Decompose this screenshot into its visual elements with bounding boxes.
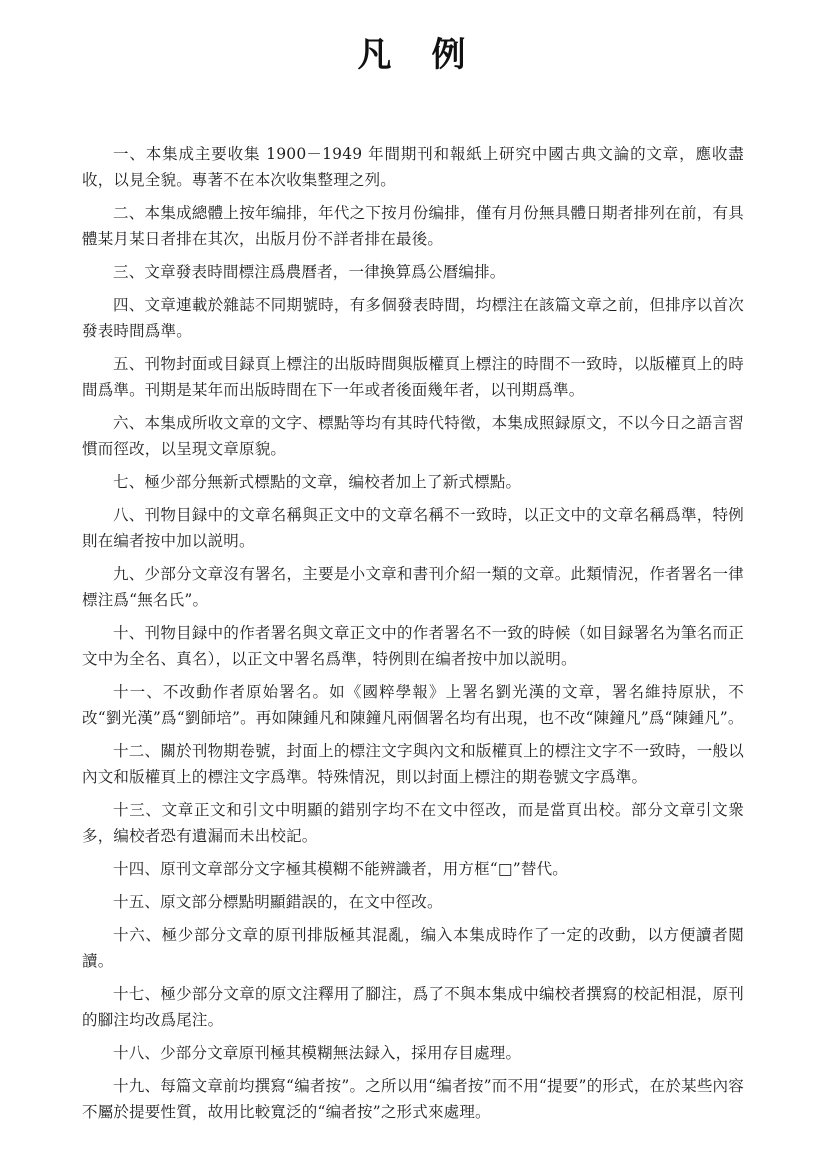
paragraph-15: 十五、原文部分標點明顯錯誤的，在文中徑改。 [82,889,744,915]
paragraph-14: 十四、原刊文章部分文字極其模糊不能辨識者，用方框“□”替代。 [82,856,744,882]
paragraph-9: 九、少部分文章沒有署名，主要是小文章和書刊介紹一類的文章。此類情況，作者署名一律… [82,561,744,613]
document-body: 一、本集成主要收集 1900－1949 年間期刊和報紙上研究中國古典文論的文章，… [82,141,744,1132]
paragraph-1: 一、本集成主要收集 1900－1949 年間期刊和報紙上研究中國古典文論的文章，… [82,141,744,193]
paragraph-6: 六、本集成所收文章的文字、標點等均有其時代特徵，本集成照録原文，不以今日之語言習… [82,410,744,462]
page-title: 凡例 [0,30,823,80]
paragraph-12: 十二、關於刊物期卷號，封面上的標注文字與內文和版權頁上的標注文字不一致時，一般以… [82,738,744,790]
paragraph-2: 二、本集成總體上按年编排，年代之下按月份编排，僅有月份無具體日期者排列在前，有具… [82,200,744,252]
paragraph-3: 三、文章發表時間標注爲農曆者，一律換算爲公曆编排。 [82,259,744,285]
paragraph-17: 十七、極少部分文章的原文注釋用了腳注，爲了不與本集成中编校者撰寫的校記相混，原刊… [82,981,744,1033]
paragraph-19: 十九、每篇文章前均撰寫“编者按”。之所以用“编者按”而不用“提要”的形式，在於某… [82,1073,744,1125]
paragraph-5: 五、刊物封面或目録頁上標注的出版時間與版權頁上標注的時間不一致時，以版權頁上的時… [82,351,744,403]
paragraph-16: 十六、極少部分文章的原刊排版極其混亂，编入本集成時作了一定的改動，以方便讀者閲讀… [82,922,744,974]
paragraph-18: 十八、少部分文章原刊極其模糊無法録入，採用存目處理。 [82,1040,744,1066]
paragraph-8: 八、刊物目録中的文章名稱與正文中的文章名稱不一致時，以正文中的文章名稱爲準，特例… [82,502,744,554]
paragraph-10: 十、刊物目録中的作者署名與文章正文中的作者署名不一致的時候（如目録署名为筆名而正… [82,620,744,672]
paragraph-7: 七、極少部分無新式標點的文章，编校者加上了新式標點。 [82,469,744,495]
paragraph-13: 十三、文章正文和引文中明顯的錯别字均不在文中徑改，而是當頁出校。部分文章引文衆多… [82,797,744,849]
paragraph-4: 四、文章連載於雜誌不同期號時，有多個發表時間，均標注在該篇文章之前，但排序以首次… [82,292,744,344]
document-page: 凡例 一、本集成主要收集 1900－1949 年間期刊和報紙上研究中國古典文論的… [0,0,823,1152]
paragraph-11: 十一、不改動作者原始署名。如《國粹學報》上署名劉光漢的文章，署名維持原狀，不改“… [82,679,744,731]
